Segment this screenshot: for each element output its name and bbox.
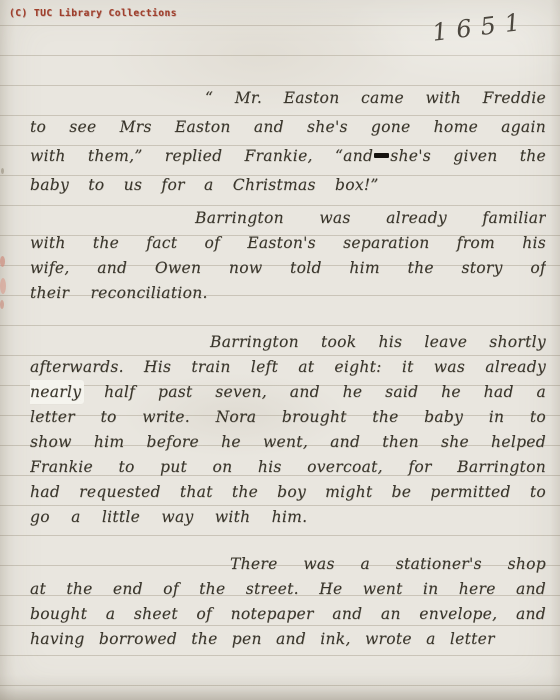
line-text: with them,” replied Frankie, “and [30,147,373,165]
manuscript-line: go a little way with him. [30,505,546,530]
line-text: she's given the [390,147,546,165]
manuscript-line: their reconciliation. [30,281,546,306]
page-edge-mark [0,300,4,309]
manuscript-line: afterwards. His train left at eight: it … [30,355,546,380]
manuscript-line: show him before he went, and then she he… [30,430,546,455]
manuscript-line: bought a sheet of notepaper and an envel… [30,602,546,627]
manuscript-page: (C) TUC Library Collections 1651 “ Mr. E… [0,0,560,700]
manuscript-line: with them,” replied Frankie, “andshe's g… [30,142,546,171]
page-edge-mark [0,256,5,267]
manuscript-line: “ Mr. Easton came with Freddie [30,84,546,113]
manuscript-line: at the end of the street. He went in her… [30,577,546,602]
manuscript-line: having borrowed the pen and ink, wrote a… [30,627,546,652]
manuscript-line: baby to us for a Christmas box!” [30,171,546,200]
manuscript-line: nearly half past seven, and he said he h… [30,380,546,405]
paragraph-3: Barrington took his leave shortly afterw… [30,330,546,530]
paragraph-4: There was a stationer's shop at the end … [30,552,546,652]
manuscript-line: letter to write. Nora brought the baby i… [30,405,546,430]
page-number: 1651 [431,7,531,47]
page-edge-mark [1,168,4,174]
manuscript-line: Frankie to put on his overcoat, for Barr… [30,455,546,480]
manuscript-line: Barrington took his leave shortly [30,330,546,355]
paragraph-1: “ Mr. Easton came with Freddie to see Mr… [30,84,546,200]
manuscript-line: Barrington was already familiar [30,206,546,231]
manuscript-line: wife, and Owen now told him the story of [30,256,546,281]
line-text: half past seven, and he said he had a [104,383,546,401]
manuscript-line: to see Mrs Easton and she's gone home ag… [30,113,546,142]
manuscript-line: There was a stationer's shop [30,552,546,577]
pasted-correction-word: nearly [30,383,81,401]
library-watermark: (C) TUC Library Collections [9,8,177,19]
manuscript-line: had requested that the boy might be perm… [30,480,546,505]
paragraph-2: Barrington was already familiar with the… [30,206,546,306]
manuscript-line: with the fact of Easton's separation fro… [30,231,546,256]
ink-blot [374,153,389,158]
page-edge-mark [0,278,6,294]
